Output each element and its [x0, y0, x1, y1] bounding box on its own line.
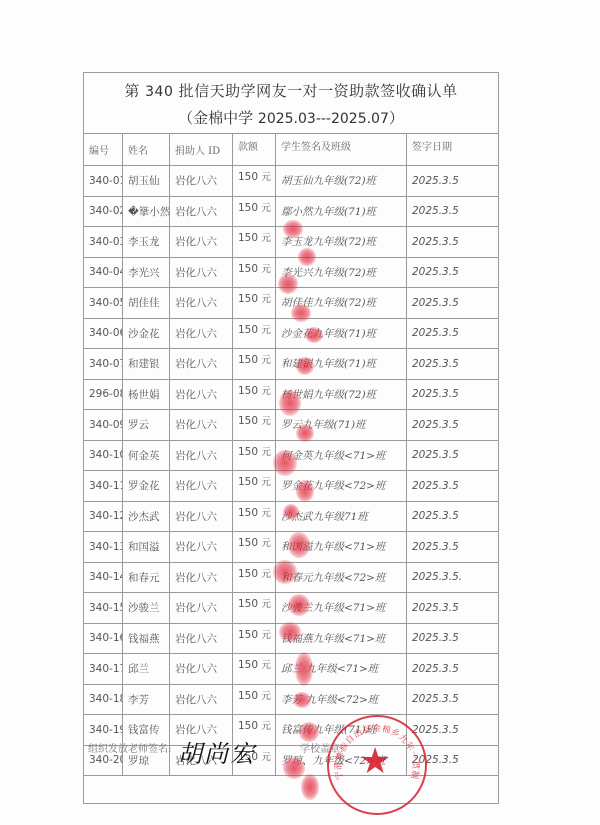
row-sign-date: 2025.3.5 — [407, 379, 499, 410]
row-student-signature: 罗云九年级(71)班 — [276, 410, 407, 441]
row-sign-date: 2025.3.5 — [407, 623, 499, 654]
row-sign-date: 2025.3.5 — [407, 288, 499, 319]
row-code: 340-09 — [84, 410, 123, 441]
row-code: 340-10 — [84, 440, 123, 471]
header-signature-class: 学生签名及班级 — [276, 134, 407, 166]
table-row: 340-09罗云岩化八六150 元罗云九年级(71)班2025.3.5 — [84, 410, 499, 441]
row-student-name: 沙金花 — [123, 318, 170, 349]
row-student-name: 沙骏兰 — [123, 593, 170, 624]
row-student-signature: 李芳 九年级<72>班 — [276, 684, 407, 715]
row-sign-date: 2025.3.5 — [407, 532, 499, 563]
row-donor-id: 岩化八六 — [170, 227, 233, 258]
star-icon: ★ — [359, 744, 391, 780]
row-code: 340-07 — [84, 349, 123, 380]
header-sign-date: 签字日期 — [407, 134, 499, 166]
row-sign-date: 2025.3.5 — [407, 166, 499, 197]
table-row: 340-17邱兰岩化八六150 元邱兰 九年级<71>班2025.3.5 — [84, 654, 499, 685]
row-donor-id: 岩化八六 — [170, 379, 233, 410]
table-row: 340-05胡佳佳岩化八六150 元胡佳佳九年级(72)班2025.3.5 — [84, 288, 499, 319]
row-amount: 150 元 — [233, 349, 276, 380]
row-amount: 150 元 — [233, 318, 276, 349]
row-student-signature: 钱福燕九年级<71>班 — [276, 623, 407, 654]
row-student-signature: 何金英九年级<71>班 — [276, 440, 407, 471]
row-donor-id: 岩化八六 — [170, 349, 233, 380]
row-amount: 150 元 — [233, 288, 276, 319]
row-student-name: 李芳 — [123, 684, 170, 715]
row-donor-id: 岩化八六 — [170, 562, 233, 593]
table-row: 296-08杨世娟岩化八六150 元杨世娟九年级(72)班2025.3.5 — [84, 379, 499, 410]
row-amount: 150 元 — [233, 410, 276, 441]
row-sign-date: 2025.3.5 — [407, 501, 499, 532]
row-student-name: 和建银 — [123, 349, 170, 380]
row-amount: 150 元 — [233, 227, 276, 258]
row-student-name: 罗金花 — [123, 471, 170, 502]
row-student-signature: 沙骏兰九年级<71>班 — [276, 593, 407, 624]
row-amount: 150 元 — [233, 379, 276, 410]
table-row: 340-16钱福燕岩化八六150 元钱福燕九年级<71>班2025.3.5 — [84, 623, 499, 654]
row-amount: 150 元 — [233, 196, 276, 227]
row-code: 340-05 — [84, 288, 123, 319]
row-student-signature: 和建银九年级(71)班 — [276, 349, 407, 380]
row-amount: 150 元 — [233, 440, 276, 471]
row-sign-date: 2025.3.5 — [407, 471, 499, 502]
table-row: 340-03李玉龙岩化八六150 元李玉龙九年级(72)班2025.3.5 — [84, 227, 499, 258]
row-student-signature: 李光兴九年级(72)班 — [276, 257, 407, 288]
row-amount: 150 元 — [233, 562, 276, 593]
row-code: 340-03 — [84, 227, 123, 258]
row-student-signature: 李玉龙九年级(72)班 — [276, 227, 407, 258]
header-code: 编号 — [84, 134, 123, 166]
row-amount: 150 元 — [233, 471, 276, 502]
row-student-name: 李光兴 — [123, 257, 170, 288]
row-code: 340-11 — [84, 471, 123, 502]
row-student-name: 邱兰 — [123, 654, 170, 685]
row-code: 340-15 — [84, 593, 123, 624]
table-header-row: 编号 姓名 捐助人 ID 款额 学生签名及班级 签字日期 — [84, 134, 499, 166]
row-student-name: 李玉龙 — [123, 227, 170, 258]
row-sign-date: 2025.3.5 — [407, 684, 499, 715]
row-sign-date: 2025.3.5 — [407, 410, 499, 441]
row-student-signature: 杨世娟九年级(72)班 — [276, 379, 407, 410]
row-student-signature: 胡玉仙九年级(72)班 — [276, 166, 407, 197]
confirmation-form-sheet: 第 340 批信天助学网友一对一资助款签收确认单 （金棉中学 2025.03--… — [0, 0, 600, 825]
row-amount: 150 元 — [233, 166, 276, 197]
row-code: 340-02 — [84, 196, 123, 227]
row-donor-id: 岩化八六 — [170, 196, 233, 227]
row-code: 340-13 — [84, 532, 123, 563]
row-sign-date: 2025.3.5 — [407, 440, 499, 471]
row-code: 340-18 — [84, 684, 123, 715]
row-student-name: 钱福燕 — [123, 623, 170, 654]
receipt-confirmation-table: 第 340 批信天助学网友一对一资助款签收确认单 （金棉中学 2025.03--… — [83, 72, 499, 804]
row-donor-id: 岩化八六 — [170, 318, 233, 349]
row-sign-date: 2025.3.5 — [407, 593, 499, 624]
table-row: 340-01胡玉仙岩化八六150 元胡玉仙九年级(72)班2025.3.5 — [84, 166, 499, 197]
row-sign-date: 2025.3.5 — [407, 318, 499, 349]
row-code: 340-16 — [84, 623, 123, 654]
row-code: 340-06 — [84, 318, 123, 349]
header-donor-id: 捐助人 ID — [170, 134, 233, 166]
row-student-signature: 邱兰 九年级<71>班 — [276, 654, 407, 685]
table-row: 340-15沙骏兰岩化八六150 元沙骏兰九年级<71>班2025.3.5 — [84, 593, 499, 624]
row-student-name: 何金英 — [123, 440, 170, 471]
blank-row — [84, 776, 499, 804]
form-title: 第 340 批信天助学网友一对一资助款签收确认单 — [84, 74, 498, 105]
row-sign-date: 2025.3.5 — [407, 196, 499, 227]
header-amount: 款额 — [233, 134, 276, 166]
school-seal-stamp: 宁蒗彝族自治县金棉乡九年一贯制学校 ★ — [327, 715, 427, 815]
teacher-handwritten-signature: 胡尚宏 — [178, 734, 256, 769]
row-sign-date: 2025.3.5. — [407, 562, 499, 593]
form-title-cell: 第 340 批信天助学网友一对一资助款签收确认单 （金棉中学 2025.03--… — [84, 73, 499, 134]
row-student-name: �篫小然 — [123, 196, 170, 227]
table-row: 340-12沙杰武岩化八六150 元沙杰武九年级71班2025.3.5 — [84, 501, 499, 532]
row-amount: 150 元 — [233, 684, 276, 715]
row-amount: 150 元 — [233, 501, 276, 532]
row-donor-id: 岩化八六 — [170, 623, 233, 654]
row-amount: 150 元 — [233, 593, 276, 624]
row-student-name: 杨世娟 — [123, 379, 170, 410]
row-amount: 150 元 — [233, 654, 276, 685]
row-sign-date: 2025.3.5 — [407, 227, 499, 258]
table-row: 340-06沙金花岩化八六150 元沙金花九年级(71)班2025.3.5 — [84, 318, 499, 349]
table-row: 340-11罗金花岩化八六150 元罗金花九年级<72>班2025.3.5 — [84, 471, 499, 502]
row-code: 340-17 — [84, 654, 123, 685]
row-donor-id: 岩化八六 — [170, 288, 233, 319]
row-student-signature: 沙杰武九年级71班 — [276, 501, 407, 532]
row-code: 340-12 — [84, 501, 123, 532]
row-student-name: 胡佳佳 — [123, 288, 170, 319]
row-student-name: 沙杰武 — [123, 501, 170, 532]
table-row: 340-13和国溢岩化八六150 元和国溢九年级<71>班2025.3.5 — [84, 532, 499, 563]
row-sign-date: 2025.3.5 — [407, 257, 499, 288]
table-row: 340-07和建银岩化八六150 元和建银九年级(71)班2025.3.5 — [84, 349, 499, 380]
row-student-signature: 鄢小然九年级(71)班 — [276, 196, 407, 227]
form-subtitle: （金棉中学 2025.03---2025.07） — [84, 105, 498, 132]
row-donor-id: 岩化八六 — [170, 166, 233, 197]
header-name: 姓名 — [123, 134, 170, 166]
row-amount: 150 元 — [233, 623, 276, 654]
row-sign-date: 2025.3.5 — [407, 654, 499, 685]
row-student-name: 和国溢 — [123, 532, 170, 563]
row-student-name: 罗云 — [123, 410, 170, 441]
teacher-signature-label: 组织发放老师签名: — [88, 740, 171, 755]
table-row: 340-18李芳岩化八六150 元李芳 九年级<72>班2025.3.5 — [84, 684, 499, 715]
table-row: 340-10何金英岩化八六150 元何金英九年级<71>班2025.3.5 — [84, 440, 499, 471]
row-donor-id: 岩化八六 — [170, 440, 233, 471]
row-code: 340-14 — [84, 562, 123, 593]
row-donor-id: 岩化八六 — [170, 501, 233, 532]
row-code: 340-04 — [84, 257, 123, 288]
row-student-signature: 胡佳佳九年级(72)班 — [276, 288, 407, 319]
row-student-signature: 和春元九年级<72>班 — [276, 562, 407, 593]
row-student-signature: 罗金花九年级<72>班 — [276, 471, 407, 502]
row-amount: 150 元 — [233, 532, 276, 563]
row-donor-id: 岩化八六 — [170, 257, 233, 288]
table-row: 340-04李光兴岩化八六150 元李光兴九年级(72)班2025.3.5 — [84, 257, 499, 288]
row-donor-id: 岩化八六 — [170, 593, 233, 624]
row-donor-id: 岩化八六 — [170, 654, 233, 685]
row-student-signature: 和国溢九年级<71>班 — [276, 532, 407, 563]
row-code: 340-01 — [84, 166, 123, 197]
row-student-signature: 沙金花九年级(71)班 — [276, 318, 407, 349]
row-donor-id: 岩化八六 — [170, 532, 233, 563]
row-donor-id: 岩化八六 — [170, 410, 233, 441]
row-code: 296-08 — [84, 379, 123, 410]
row-amount: 150 元 — [233, 257, 276, 288]
row-student-name: 和春元 — [123, 562, 170, 593]
table-row: 340-02�篫小然岩化八六150 元鄢小然九年级(71)班2025.3.5 — [84, 196, 499, 227]
row-student-name: 胡玉仙 — [123, 166, 170, 197]
table-row: 340-14和春元岩化八六150 元和春元九年级<72>班2025.3.5. — [84, 562, 499, 593]
row-sign-date: 2025.3.5 — [407, 349, 499, 380]
row-donor-id: 岩化八六 — [170, 684, 233, 715]
row-donor-id: 岩化八六 — [170, 471, 233, 502]
